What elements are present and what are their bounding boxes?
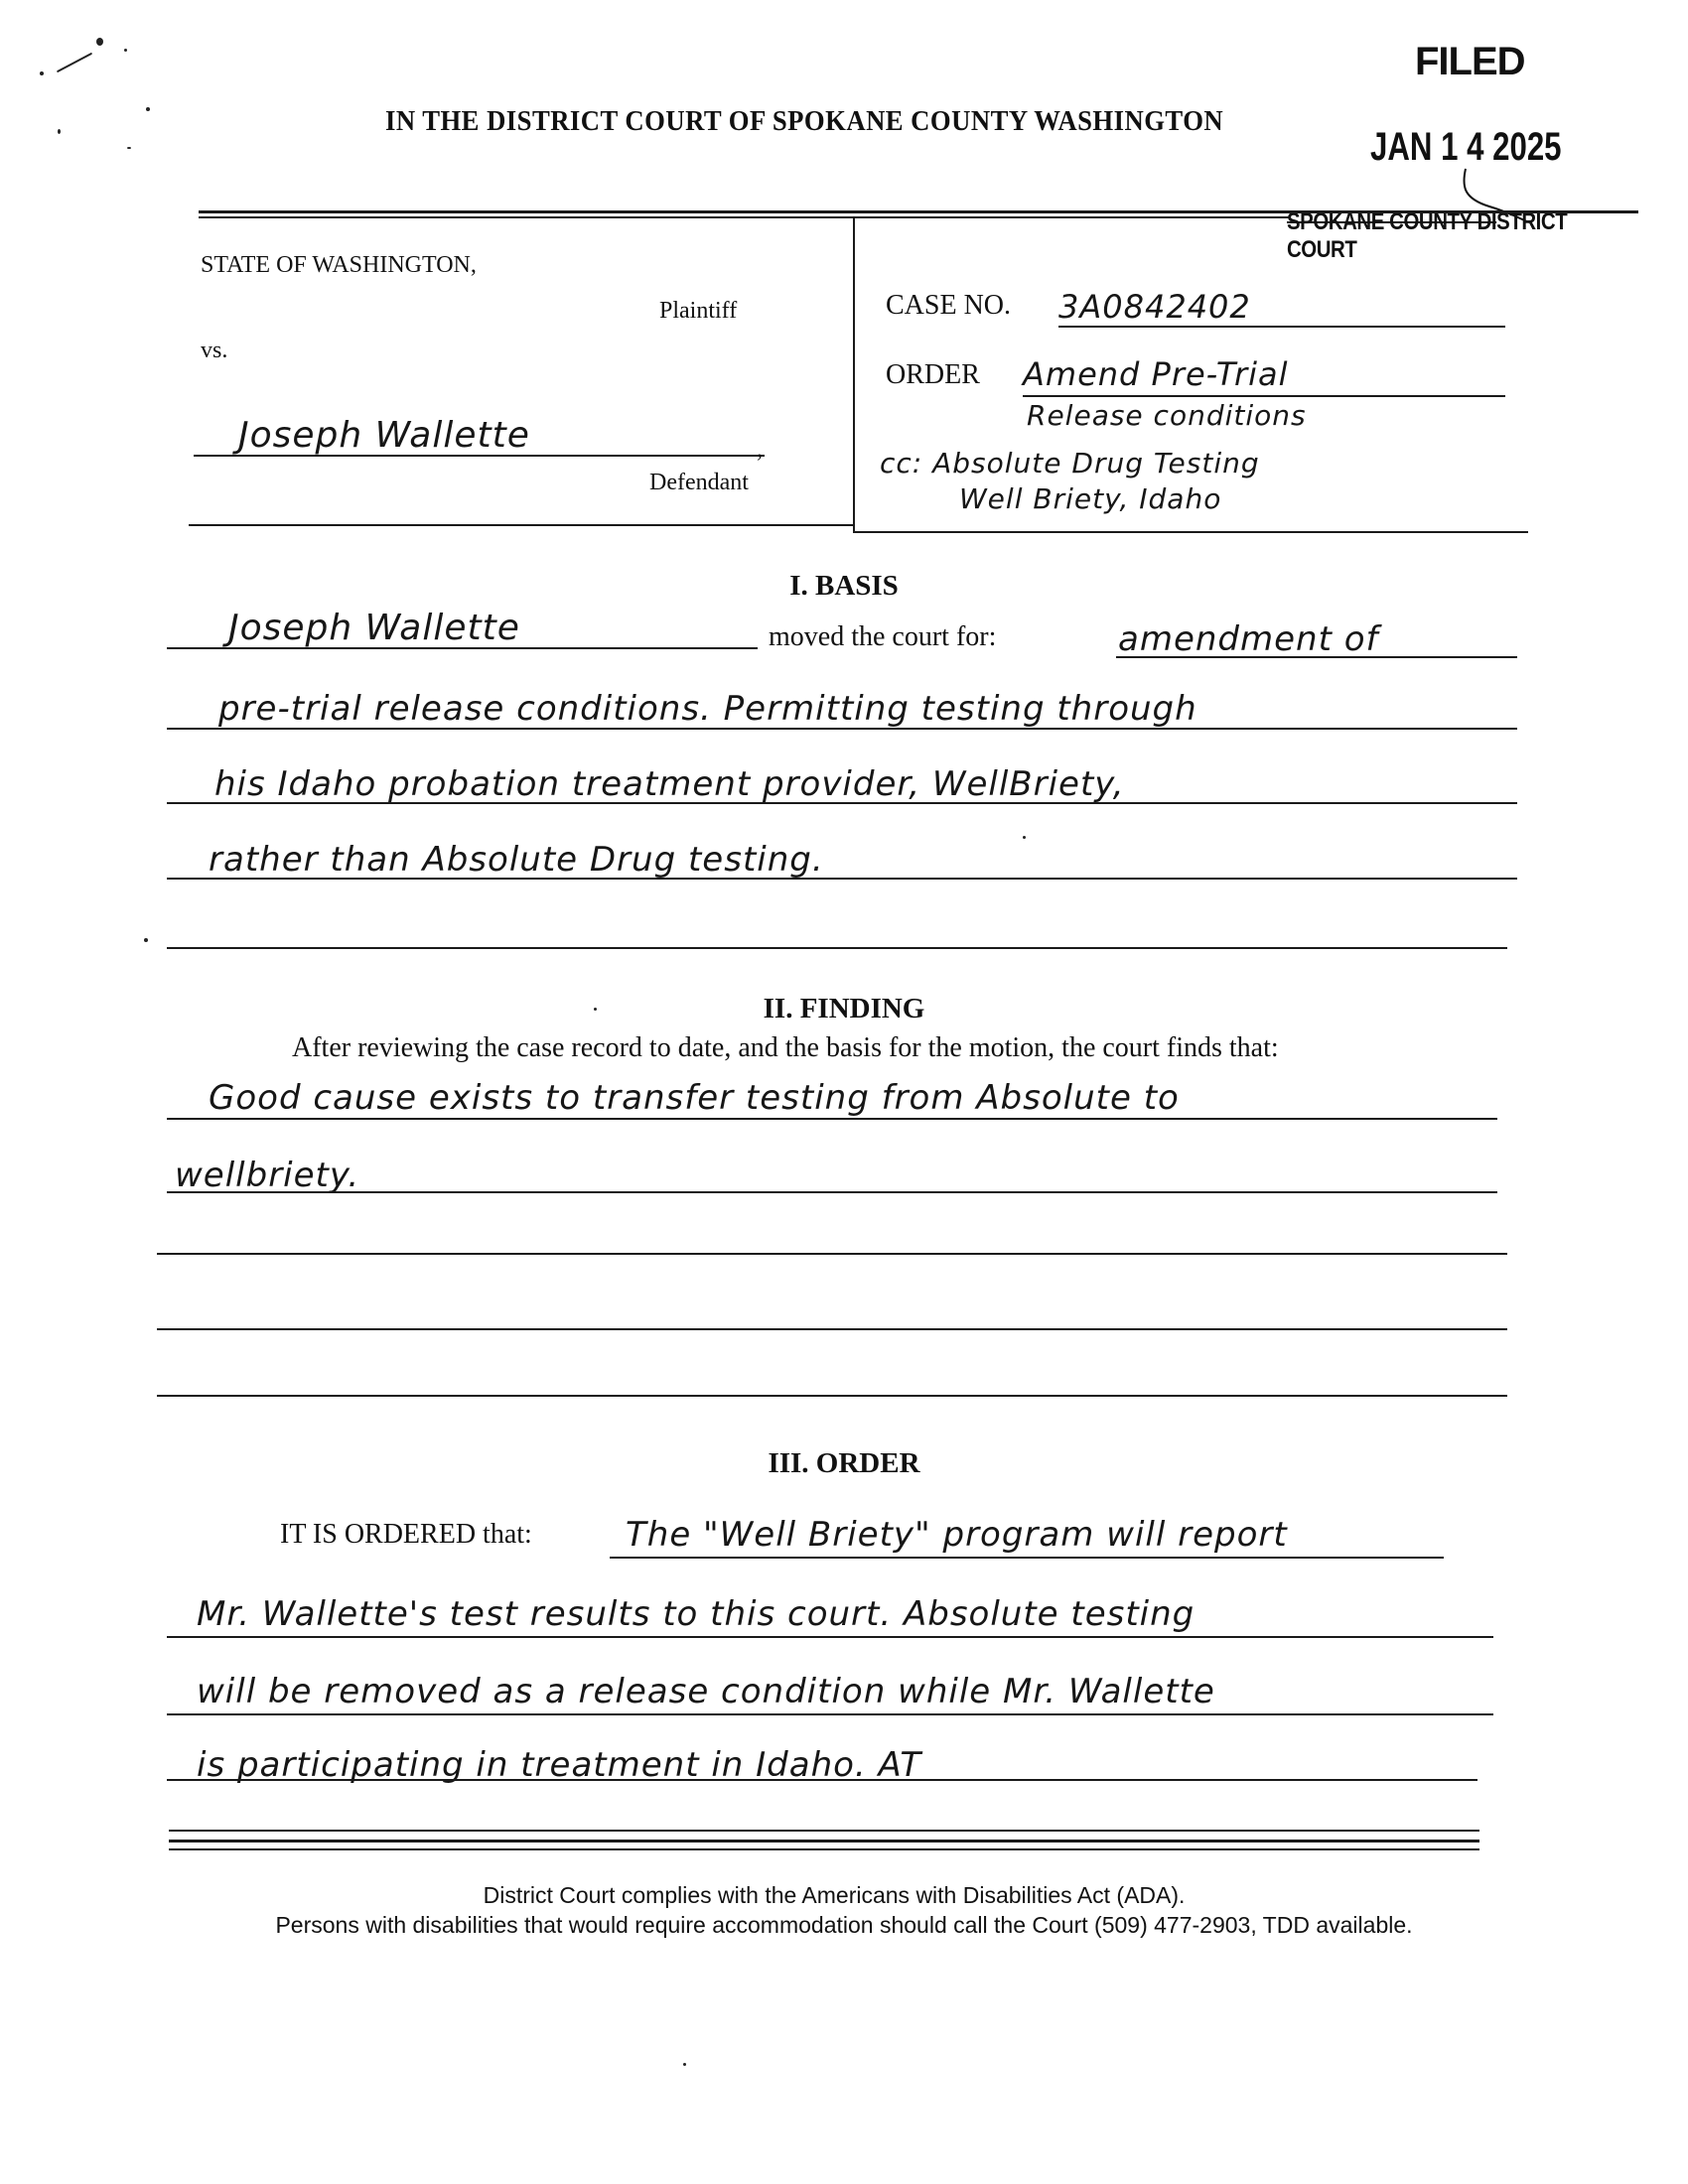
cc-line2: Well Briety, Idaho — [959, 482, 1221, 515]
finding-rule — [167, 1191, 1497, 1193]
caption-top-rule — [199, 210, 1638, 213]
basis-motion-line — [1116, 656, 1517, 658]
finding-rule — [157, 1395, 1507, 1397]
order-line: will be removed as a release condition w… — [197, 1672, 1215, 1711]
order-rule — [167, 1779, 1477, 1781]
caption-bottom-rule-left — [189, 524, 853, 526]
basis-line: rather than Absolute Drug testing. — [209, 840, 824, 880]
basis-line: pre-trial release conditions. Permitting… — [218, 689, 1197, 729]
order-rule — [167, 1636, 1493, 1638]
basis-rule — [167, 802, 1517, 804]
finding-rule — [157, 1253, 1507, 1255]
plaintiff-label: Plaintiff — [659, 298, 737, 325]
order-first-line: The "Well Briety" program will report — [626, 1515, 1288, 1555]
basis-heading: I. BASIS — [0, 570, 1688, 603]
defendant-label: Defendant — [649, 470, 749, 496]
finding-line: wellbriety. — [175, 1156, 359, 1195]
footer-rule-bottom — [169, 1848, 1479, 1850]
order-heading: III. ORDER — [0, 1447, 1688, 1480]
ada-notice-line1: District Court complies with the America… — [0, 1882, 1668, 1909]
finding-heading: II. FINDING — [0, 993, 1688, 1025]
filed-stamp-date: JAN 1 4 2025 — [1370, 125, 1562, 170]
footer-rule-top — [169, 1830, 1479, 1832]
order-line: Mr. Wallette's test results to this cour… — [197, 1594, 1195, 1634]
order-first-rule — [610, 1557, 1444, 1559]
basis-moved-label: moved the court for: — [769, 621, 996, 653]
order-title-line1: Amend Pre-Trial — [1023, 355, 1288, 393]
basis-rule — [167, 947, 1507, 949]
order-title-line — [1023, 395, 1505, 397]
footer-rule-mid — [169, 1840, 1479, 1843]
ada-notice-line2: Persons with disabilities that would req… — [0, 1912, 1688, 1939]
basis-movant: Joseph Wallette — [228, 608, 520, 648]
filed-stamp-court: SPOKANE COUNTY DISTRICT COURT — [1287, 208, 1627, 264]
case-no-line — [1058, 326, 1505, 328]
order-label: ORDER — [886, 359, 980, 391]
basis-line: his Idaho probation treatment provider, … — [214, 764, 1125, 804]
basis-rule — [167, 878, 1517, 880]
cc-line1: cc: Absolute Drug Testing — [880, 447, 1260, 479]
order-title-line2: Release conditions — [1027, 399, 1307, 432]
caption-bottom-rule-right — [853, 531, 1528, 533]
defendant-name: Joseph Wallette — [238, 415, 530, 456]
caption-divider — [853, 218, 855, 532]
finding-rule — [167, 1118, 1497, 1120]
filed-stamp-label: FILED — [1415, 40, 1525, 84]
basis-movant-line — [167, 647, 758, 649]
case-no-label: CASE NO. — [886, 290, 1011, 322]
defendant-comma: , — [757, 437, 763, 464]
plaintiff-name: STATE OF WASHINGTON, — [201, 252, 477, 279]
defendant-line — [194, 455, 765, 457]
finding-line: Good cause exists to transfer testing fr… — [209, 1078, 1180, 1118]
court-title: IN THE DISTRICT COURT OF SPOKANE COUNTY … — [385, 105, 1223, 138]
basis-rule — [167, 728, 1517, 730]
basis-motion-first: amendment of — [1118, 619, 1379, 659]
order-ordered-label: IT IS ORDERED that: — [280, 1519, 532, 1551]
finding-intro: After reviewing the case record to date,… — [292, 1032, 1279, 1064]
case-no-value: 3A0842402 — [1058, 288, 1251, 326]
caption-top-rule-2 — [199, 216, 1291, 218]
order-rule — [167, 1713, 1493, 1715]
finding-rule — [157, 1328, 1507, 1330]
vs-label: vs. — [201, 338, 227, 364]
